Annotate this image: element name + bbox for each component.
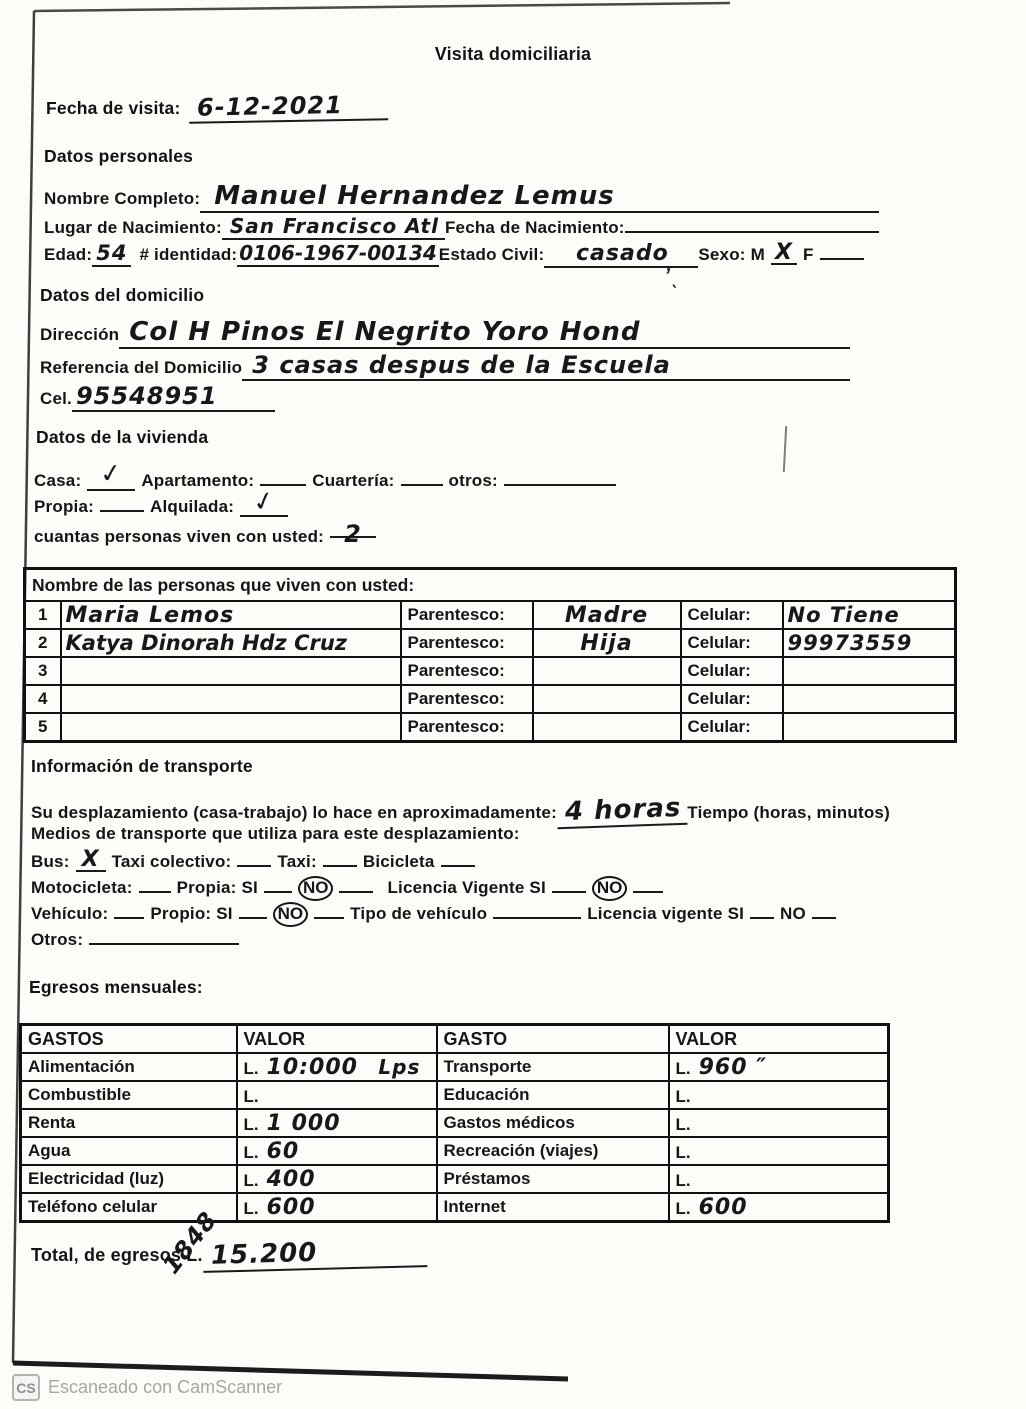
- casa-checkmark: ✓: [100, 472, 123, 475]
- section-heading-datos-personales: Datos personales: [44, 146, 193, 167]
- person-name: Maria Lemos: [66, 603, 235, 628]
- referencia-label: Referencia del Domicilio: [40, 358, 242, 378]
- section-heading-transporte: Información de transporte: [31, 756, 253, 777]
- parentesco-label: Parentesco:: [401, 601, 533, 629]
- expense-value: 600: [267, 1195, 316, 1220]
- vehiculo-licencia-no-label: NO: [780, 904, 806, 924]
- expense-value: 600: [699, 1195, 748, 1220]
- expense-label: Préstamos: [437, 1165, 669, 1193]
- camscanner-watermark: CS Escaneado con CamScanner: [12, 1374, 282, 1401]
- table-row: 3 Parentesco: Celular:: [25, 657, 956, 685]
- form-title: Visita domiciliaria: [435, 44, 592, 65]
- currency-prefix: L.: [676, 1143, 691, 1162]
- medios-label: Medios de transporte que utiliza para es…: [31, 824, 520, 844]
- tipo-vehiculo-blank: [493, 901, 581, 919]
- expense-value: 60: [267, 1139, 300, 1164]
- taxi-colectivo-blank: [237, 849, 271, 867]
- moto-si-blank: [264, 875, 292, 893]
- moto-licencia-no-circled: NO: [592, 876, 628, 901]
- total-egresos-value: 15.200: [202, 1235, 427, 1273]
- fecha-visita-label: Fecha de visita:: [46, 98, 181, 119]
- currency-prefix: L.: [676, 1087, 691, 1106]
- expense-label: Renta: [21, 1109, 237, 1137]
- casa-label: Casa:: [34, 471, 81, 491]
- currency-prefix: L.: [244, 1087, 259, 1106]
- fecha-nacimiento-label: Fecha de Nacimiento:: [445, 218, 625, 238]
- expense-value: 400: [267, 1167, 316, 1192]
- vehiculo-no-circled: NO: [273, 902, 309, 927]
- otros-vivienda-label: otros:: [449, 471, 498, 491]
- currency-prefix: L.: [676, 1115, 691, 1134]
- sexo-label: Sexo: M: [698, 245, 765, 265]
- motocicleta-label: Motocicleta:: [31, 878, 133, 898]
- scanned-form-page: ʼ ˎ Visita domiciliaria Fecha de visita:…: [0, 0, 1026, 1409]
- expense-value: 960 ″: [699, 1055, 767, 1080]
- identidad-value: 0106-1967-00134: [237, 241, 439, 267]
- expense-label: Internet: [437, 1193, 669, 1222]
- celular-label: Celular:: [681, 657, 783, 685]
- row-number: 2: [25, 629, 61, 657]
- currency-prefix: L.: [244, 1199, 259, 1218]
- bicicleta-label: Bicicleta: [363, 852, 435, 872]
- edad-label: Edad:: [44, 245, 92, 265]
- currency-prefix: L.: [244, 1171, 259, 1190]
- parentesco-label: Parentesco:: [401, 629, 533, 657]
- identidad-label: # identidad:: [139, 245, 237, 265]
- cel-value: 95548951: [72, 382, 275, 412]
- person-name: Katya Dinorah Hdz Cruz: [66, 631, 348, 655]
- fecha-nacimiento-blank: [625, 231, 879, 233]
- vehiculo-si-blank: [239, 901, 267, 919]
- estado-civil-label: Estado Civil:: [439, 245, 545, 265]
- lugar-nacimiento-value: San Francisco Atl: [222, 214, 445, 240]
- vehiculo-propio-si-label: Propio: SI: [150, 904, 232, 924]
- camscanner-text: Escaneado con CamScanner: [48, 1377, 282, 1398]
- direccion-label: Dirección: [40, 325, 119, 345]
- celular-label: Celular:: [681, 629, 783, 657]
- fecha-visita-value: 6-12-2021: [188, 90, 387, 123]
- table-row: Agua L.60 Recreación (viajes) L.: [21, 1137, 889, 1165]
- expense-label: Electricidad (luz): [21, 1165, 237, 1193]
- expense-label: Educación: [437, 1081, 669, 1109]
- sexo-f-blank: [820, 242, 864, 260]
- taxi-label: Taxi:: [277, 852, 316, 872]
- referencia-value: 3 casas despus de la Escuela: [242, 351, 850, 381]
- otros-vivienda-blank: [504, 468, 616, 486]
- parentesco-label: Parentesco:: [401, 685, 533, 713]
- expenses-header-row: GASTOS VALOR GASTO VALOR: [21, 1025, 889, 1054]
- direccion-value: Col H Pinos El Negrito Yoro Hond: [119, 317, 850, 349]
- family-table: Nombre de las personas que viven con ust…: [23, 567, 957, 743]
- vehiculo-label: Vehículo:: [31, 904, 108, 924]
- taxi-colectivo-label: Taxi colectivo:: [112, 852, 232, 872]
- alquilada-checkmark: ✓: [253, 499, 275, 505]
- alquilada-label: Alquilada:: [150, 497, 234, 517]
- family-table-header-row: Nombre de las personas que viven con ust…: [25, 569, 956, 602]
- propia-blank: [100, 494, 144, 512]
- moto-licencia-si-blank: [552, 875, 586, 893]
- estado-civil-value: casado: [544, 241, 698, 268]
- cuarteria-blank: [401, 468, 443, 486]
- table-row: Alimentación L.10:000 Lps Transporte L.9…: [21, 1053, 889, 1081]
- personas-label: cuantas personas viven con usted:: [34, 527, 324, 547]
- currency-prefix: L.: [676, 1059, 691, 1078]
- expense-label: Combustible: [21, 1081, 237, 1109]
- expense-label: Alimentación: [21, 1053, 237, 1081]
- currency-prefix: L.: [676, 1171, 691, 1190]
- vehiculo-no-blank: [314, 901, 344, 919]
- expense-label: Agua: [21, 1137, 237, 1165]
- table-row: 2 Katya Dinorah Hdz Cruz Parentesco: Hij…: [25, 629, 956, 657]
- parentesco-label: Parentesco:: [401, 713, 533, 742]
- tiempo-label: Tiempo (horas, minutos): [687, 803, 890, 823]
- table-row: Electricidad (luz) L.400 Préstamos L.: [21, 1165, 889, 1193]
- propia-label: Propia:: [34, 497, 94, 517]
- table-row: 4 Parentesco: Celular:: [25, 685, 956, 713]
- nombre-label: Nombre Completo:: [44, 189, 200, 209]
- vehiculo-licencia-si-blank: [750, 901, 774, 919]
- cel-label: Cel.: [40, 389, 72, 409]
- expense-value-unit: Lps: [378, 1055, 420, 1079]
- currency-prefix: L.: [244, 1143, 259, 1162]
- moto-propia-si-label: Propia: SI: [177, 878, 258, 898]
- desplazamiento-value: 4 horas: [556, 793, 687, 830]
- expense-label: Recreación (viajes): [437, 1137, 669, 1165]
- vehiculo-licencia-no-blank: [812, 901, 836, 919]
- otros-transporte-label: Otros:: [31, 930, 83, 950]
- row-number: 1: [25, 601, 61, 629]
- motocicleta-blank: [139, 875, 171, 893]
- section-heading-vivienda: Datos de la vivienda: [36, 427, 208, 448]
- moto-licencia-no-blank: [633, 875, 663, 893]
- table-row: Renta L.1 000 Gastos médicos L.: [21, 1109, 889, 1137]
- celular-label: Celular:: [681, 685, 783, 713]
- parentesco-label: Parentesco:: [401, 657, 533, 685]
- parentesco-value: Hija: [580, 631, 632, 656]
- celular-value: No Tiene: [788, 603, 900, 627]
- col-header-valor-2: VALOR: [669, 1025, 889, 1054]
- bicicleta-blank: [441, 849, 475, 867]
- row-number: 3: [25, 657, 61, 685]
- family-table-title: Nombre de las personas que viven con ust…: [25, 569, 956, 602]
- currency-prefix: L.: [676, 1199, 691, 1218]
- bus-label: Bus:: [31, 852, 70, 872]
- desplazamiento-label: Su desplazamiento (casa-trabajo) lo hace…: [31, 803, 557, 823]
- moto-no-circled: NO: [298, 876, 334, 901]
- row-number: 5: [25, 713, 61, 742]
- parentesco-value: Madre: [565, 603, 648, 628]
- camscanner-badge-icon: CS: [12, 1374, 40, 1401]
- vehiculo-licencia-si-label: Licencia vigente SI: [587, 904, 744, 924]
- apartamento-blank: [260, 468, 306, 486]
- apartamento-label: Apartamento:: [141, 471, 254, 491]
- celular-label: Celular:: [681, 713, 783, 742]
- col-header-valor-1: VALOR: [237, 1025, 437, 1054]
- section-heading-egresos: Egresos mensuales:: [29, 977, 203, 998]
- vehiculo-blank: [114, 901, 144, 919]
- table-row: Combustible L. Educación L.: [21, 1081, 889, 1109]
- table-row: Teléfono celular L.600 Internet L.600: [21, 1193, 889, 1222]
- expense-value: 1 000: [267, 1111, 341, 1136]
- col-header-gastos: GASTOS: [21, 1025, 237, 1054]
- section-heading-domicilio: Datos del domicilio: [40, 285, 204, 306]
- moto-no-blank: [339, 875, 373, 893]
- personas-value: 2: [344, 520, 362, 548]
- celular-label: Celular:: [681, 601, 783, 629]
- expense-label: Transporte: [437, 1053, 669, 1081]
- col-header-gasto: GASTO: [437, 1025, 669, 1054]
- edad-value: 54: [92, 241, 131, 267]
- cuarteria-label: Cuartería:: [312, 471, 394, 491]
- moto-licencia-si-label: Licencia Vigente SI: [387, 878, 545, 898]
- otros-transporte-blank: [89, 927, 239, 945]
- row-number: 4: [25, 685, 61, 713]
- taxi-blank: [323, 849, 357, 867]
- expenses-table: GASTOS VALOR GASTO VALOR Alimentación L.…: [19, 1023, 890, 1223]
- sexo-f-label: F: [803, 245, 814, 265]
- expense-value: 10:000: [267, 1055, 358, 1080]
- currency-prefix: L.: [244, 1059, 259, 1078]
- lugar-nacimiento-label: Lugar de Nacimiento:: [44, 218, 222, 238]
- table-row: 5 Parentesco: Celular:: [25, 713, 956, 742]
- expense-label: Gastos médicos: [437, 1109, 669, 1137]
- currency-prefix: L.: [244, 1115, 259, 1134]
- celular-value: 99973559: [788, 631, 913, 655]
- tipo-vehiculo-label: Tipo de vehículo: [350, 904, 487, 924]
- table-row: 1 Maria Lemos Parentesco: Madre Celular:…: [25, 601, 956, 629]
- nombre-value: Manuel Hernandez Lemus: [200, 181, 879, 213]
